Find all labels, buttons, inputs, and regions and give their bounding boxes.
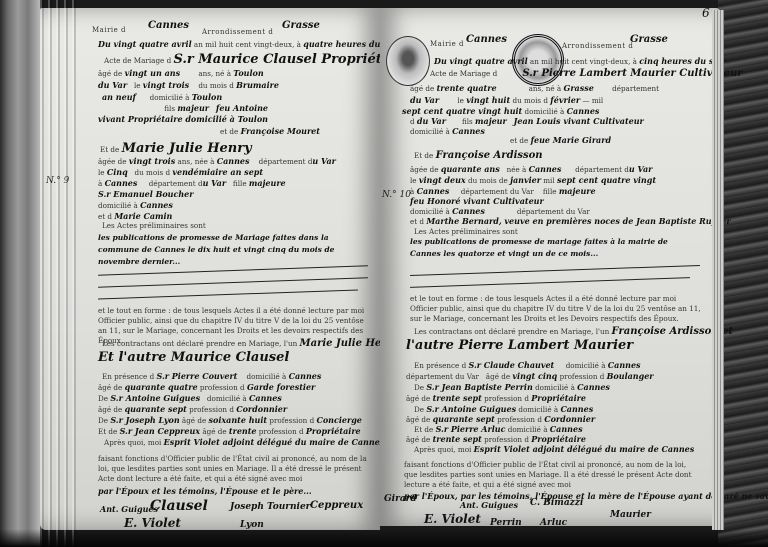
figure-seal-icon [386,36,430,86]
bride-line: Et de Françoise Ardisson [414,150,543,161]
signature: Clausel [150,498,208,514]
apres-quoi-line: Après quoi, moi Esprit Violet adjoint dé… [414,444,694,454]
mother-line: et de feue Marie Girard [510,135,611,145]
witness-2-detail: âgé de quarante sept profession d Cordon… [98,404,287,414]
bride-parents-domicile: domicilié à Cannes département du Var [410,206,590,216]
book-binding-left [0,0,40,547]
bride-line: Et de Marie Julie Henry [100,141,252,156]
witness-4: Et de S.r Jean Ceppreux âgé de trente pr… [98,426,361,436]
forme-paragraph: et le tout en forme : de tous lesquels A… [410,294,702,324]
witness-1: En présence d S.r Claude Chauvet domicil… [414,360,641,370]
acte-de-mariage-line: Acte de Mariage d S.r Maurice Clausel Pr… [104,52,410,67]
act-number: N.° 10 [382,190,411,200]
mairie-value: Cannes [466,34,507,45]
witness-2: De S.r Jean Baptiste Perrin domicilié à … [414,382,610,392]
arrondissement-label: Arrondissement d [202,28,273,36]
witness-2: De S.r Antoine Guigues domicilié à Canne… [98,393,282,403]
groom-age-line: âgé de trente quatre ans, né à Grasse dé… [410,83,659,93]
bride-parents-domicile: domicilié à Cannes [98,200,173,210]
signature: Arluc [540,518,567,528]
groom-parents-line: d du Var fils majeur Jean Louis vivant C… [410,116,644,126]
left-page: Mairie d Cannes Arrondissement d Grasse … [40,8,380,530]
witness-1-detail: département du Var âgé de vingt cinq pro… [406,371,654,381]
bride-mother-line: et d Marie Camin [98,211,172,221]
bride-birth-line: le Cinq du mois d vendémiaire an sept [98,167,263,177]
declare-line: Les contractans ont déclaré prendre en M… [102,338,400,349]
groom-domicile-line: an neuf domicilié à Toulon [102,92,222,102]
witness-1: En présence d S.r Pierre Couvert domicil… [102,371,321,381]
bride-mother-line: et d Marthe Bernard, veuve en premières … [410,216,731,226]
witness-2-detail: âgé de trente sept profession d Propriét… [406,393,586,403]
bride-domicile-line: à Cannes département du Var fille majeur… [410,186,596,196]
declare-line-2: l'autre Pierre Lambert Maurier [406,338,633,353]
signature: E. Violet [424,512,481,526]
actes-preliminaires-line: Les Actes préliminaires sont [102,221,206,230]
groom-birth-line: du Var le vingt trois du mois d Brumaire [98,80,279,90]
groom-domicile-line: sept cent quatre vingt huit domicilié à … [402,106,599,116]
bride-father-line: S.r Emanuel Boucher [98,189,193,199]
arrondissement-value: Grasse [282,20,320,31]
bride-father-line: feu Honoré vivant Cultivateur [410,196,544,206]
signature: Perrin [490,518,522,528]
closing-handwriting: par l'Époux et les témoins, l'Épouse et … [98,486,312,496]
acte-de-mariage-line: Acte de Mariage d S.r Pierre Lambert Mau… [430,68,743,79]
bride-name: Françoise Ardisson [436,150,543,161]
witness-3: De S.r Antoine Guigues domicilié à Canne… [414,404,593,414]
bride-birth-line: le vingt deux du mois de janvier mil sep… [410,175,656,185]
bride-age-line: âgée de quarante ans née à Cannes départ… [410,164,652,174]
witness-4-detail: âgé de trente sept profession d Propriét… [406,434,586,444]
actes-preliminaires-line: Les Actes préliminaires sont [414,227,518,236]
witness-3: De S.r Joseph Lyon âgé de soixante huit … [98,415,362,425]
signature: Maurier [610,510,651,520]
mairie-label: Mairie d [430,40,464,48]
father-domicile-line: domicilié à Cannes [410,126,485,136]
actes-preliminaires-handwriting: les publications de promesse de mariage … [410,236,700,260]
groom-parents-line: fils majeur feu Antoine [98,103,268,113]
book-binding-right [718,0,768,547]
page-edges-left [40,0,76,547]
groom-birth-line: du Var le vingt huit du mois d février —… [410,95,603,105]
mother-line: et de Françoise Mouret [220,126,320,136]
declare-line: Les contractans ont déclaré prendre en M… [414,326,733,337]
signature: Joseph Tournier [230,502,310,512]
bride-domicile-line: à Cannes département du Var fille majeur… [98,178,286,188]
page-number: 6 [702,6,710,20]
page-edges-right [712,10,724,530]
mairie-label: Mairie d [92,26,126,34]
act-date-line: Du vingt quatre avril an mil huit cent v… [98,39,400,49]
arrondissement-label: Arrondissement d [562,42,633,50]
witness-1-detail: âgé de quarante quatre profession d Gard… [98,382,315,392]
groom-age-line: âgé de vingt un ans ans, né à Toulon [98,68,264,78]
signature: C. Bimazzi [530,498,583,508]
signature: Ant. Guigues [460,500,518,510]
groom-name: S.r Maurice Clausel Propriétaire [173,52,410,67]
signature: Ceppreux [310,500,363,511]
act-date-line: Du vingt quatre avril an mil huit cent v… [434,56,726,66]
signature: Girard [384,494,417,504]
closing-paragraph: faisant fonctions d'Officier public de l… [404,460,694,490]
declare-line-2: Et l'autre Maurice Clausel [98,350,289,365]
groom-name: S.r Pierre Lambert Maurier Cultivateur [522,68,742,79]
father-status-line: vivant Propriétaire domicilié à Toulon [98,114,268,124]
bride-name: Marie Julie Henry [122,141,252,156]
signature: E. Violet [124,516,181,530]
witness-3-detail: âgé de quarante sept profession d Cordon… [406,414,595,424]
witness-4: Et de S.r Pierre Arluc domicilié à Canne… [414,424,583,434]
actes-preliminaires-handwriting: les publications de promesse de Mariage … [98,232,370,268]
bride-age-line: âgée de vingt trois ans, née à Cannes dé… [98,156,336,166]
arrondissement-value: Grasse [630,34,668,45]
bottom-shadow [0,529,768,547]
apres-quoi-line: Après quoi, moi Esprit Violet adjoint dé… [104,437,384,447]
right-page: 6 Mairie d Cannes Arrondissement d Grass… [380,8,720,526]
closing-paragraph: faisant fonctions d'Officier public de l… [98,454,370,484]
mairie-value: Cannes [148,20,189,31]
